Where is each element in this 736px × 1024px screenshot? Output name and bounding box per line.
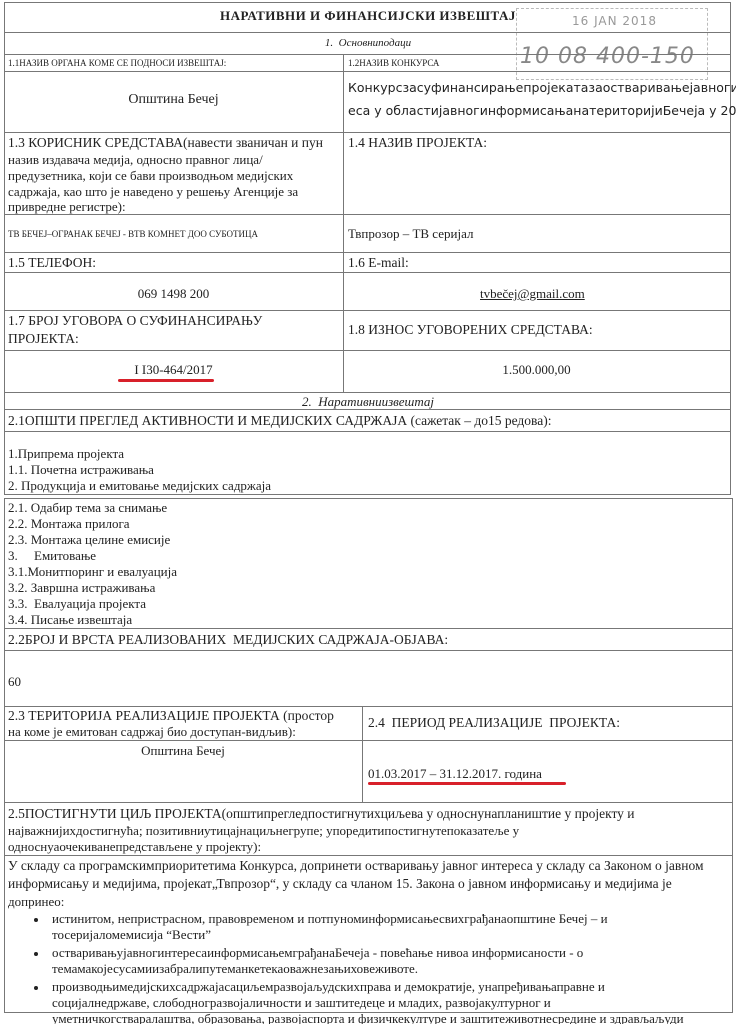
list-item: 3.3. Евалуација пројекта xyxy=(8,596,146,612)
field-1-1-label: 1.1НАЗИВ ОРГАНА КОМЕ СЕ ПОДНОСИ ИЗВЕШТАЈ… xyxy=(8,58,226,68)
list-item: 2. Продукција и емитовање медијских садр… xyxy=(8,478,271,494)
field-1-3-value: ТВ БЕЧЕЈ–ОГРАНАК БЕЧЕЈ - ВТВ КОМНЕТ ДОО … xyxy=(8,229,258,239)
bullet-text: уметничкогстваралаштва, образовања, разв… xyxy=(52,1011,684,1024)
red-underline-mark xyxy=(118,379,214,382)
section2-heading: 2. Наративниизвештај xyxy=(0,394,736,410)
divider xyxy=(4,498,733,499)
list-item: 3.4. Писање извештаја xyxy=(8,612,132,628)
divider xyxy=(4,392,731,393)
divider xyxy=(4,2,731,3)
field-1-3-label-line2: назив издавача медија, односно правног л… xyxy=(8,152,263,168)
divider xyxy=(4,350,731,351)
section2-title: Наративниизвештај xyxy=(318,394,434,409)
section1-number: 1. xyxy=(325,37,333,49)
divider xyxy=(4,740,733,741)
bullet-text: тосеријаломемисија “Вести” xyxy=(52,927,211,943)
field-1-3-label-line3: предузетника, који се бави производњом м… xyxy=(8,168,293,184)
list-item: 1.Припрема пројекта xyxy=(8,446,124,462)
divider xyxy=(4,132,731,133)
document-title: НАРАТИВНИ И ФИНАНСИЈСКИ ИЗВЕШТАЈ xyxy=(0,8,736,24)
field-1-4-label: 1.4 НАЗИВ ПРОЈЕКТА: xyxy=(348,135,487,151)
bullet-icon xyxy=(34,918,38,922)
field-2-2-label: 2.2БРОЈ И ВРСТА РЕАЛИЗОВАНИХ МЕДИЈСКИХ С… xyxy=(8,632,448,648)
field-2-3-value: Општина Бечеј xyxy=(4,743,362,759)
divider xyxy=(4,272,731,273)
field-1-7-label-line2: ПРОЈЕКТА: xyxy=(8,331,79,347)
field-1-7-value: I I30-464/2017 xyxy=(4,362,343,378)
field-1-6-label: 1.6 E-mail: xyxy=(348,255,409,271)
field-1-1-value: Општина Бечеј xyxy=(4,92,343,108)
divider xyxy=(362,706,363,802)
divider xyxy=(730,2,731,494)
bullet-text: производњимедијскихсадржајасациљемразвој… xyxy=(52,979,605,995)
divider xyxy=(4,802,733,803)
field-1-8-value: 1.500.000,00 xyxy=(343,362,730,378)
divider xyxy=(4,32,731,33)
divider xyxy=(732,498,733,1012)
field-2-3-label-line1: 2.3 ТЕРИТОРИЈА РЕАЛИЗАЦИЈЕ ПРОЈЕКТА (про… xyxy=(8,708,334,724)
field-2-5-intro-line3: допринео: xyxy=(8,894,64,910)
list-item: 3. Емитовање xyxy=(8,548,96,564)
section1-heading: 1. Основниподаци xyxy=(0,37,736,49)
field-2-3-label-line2: на коме је емитован садржај био доступан… xyxy=(8,724,296,740)
list-item: 1.1. Почетна истраживања xyxy=(8,462,154,478)
bullet-icon xyxy=(34,986,38,990)
bullet-text: темамакојесусамиизабралипутеманкетекаова… xyxy=(52,961,418,977)
field-1-7-label-line1: 1.7 БРОЈ УГОВОРА О СУФИНАНСИРАЊУ xyxy=(8,313,262,329)
list-item: 3.2. Завршна истраживања xyxy=(8,580,155,596)
divider xyxy=(4,650,733,651)
field-1-3-label-line5: привредне регистре): xyxy=(8,199,126,215)
divider xyxy=(4,2,5,494)
divider xyxy=(4,252,731,253)
divider xyxy=(4,855,733,856)
field-1-2-value-line1: Конкурсзасуфинансирањепројекатазаоствари… xyxy=(348,80,736,95)
field-2-4-label: 2.4 ПЕРИОД РЕАЛИЗАЦИЈЕ ПРОЈЕКТА: xyxy=(368,715,620,731)
divider xyxy=(4,310,731,311)
bullet-text: истинитом, непристрасном, правовременом … xyxy=(52,911,608,927)
field-2-2-value: 60 xyxy=(8,674,21,690)
field-2-1-label: 2.1ОПШТИ ПРЕГЛЕД АКТИВНОСТИ И МЕДИЈСКИХ … xyxy=(8,413,551,429)
list-item: 3.1.Монитпоринг и евалуација xyxy=(8,564,177,580)
field-1-8-label: 1.8 ИЗНОС УГОВОРЕНИХ СРЕДСТАВА: xyxy=(348,322,593,338)
field-2-5-intro-line1: У складу са програмскимприоритетима Конк… xyxy=(8,858,704,874)
bullet-text: социјалнедржаве, слободногразвојаличност… xyxy=(52,995,551,1011)
divider xyxy=(4,431,731,432)
field-1-6-value[interactable]: tvbečej@gmail.com xyxy=(480,286,585,302)
field-1-2-label: 1.2НАЗИВ КОНКУРСА xyxy=(348,58,439,68)
field-1-3-label-line1: 1.3 КОРИСНИК СРЕДСТАВА(навести званичан … xyxy=(8,135,323,151)
divider xyxy=(4,706,733,707)
field-1-2-value-line2: еса у областијавногинформисањанатеритори… xyxy=(348,103,736,118)
field-1-4-value: Твпрозор – ТВ серијал xyxy=(348,226,473,242)
list-item: 2.3. Монтажа целине емисије xyxy=(8,532,170,548)
field-1-5-value: 069 1498 200 xyxy=(4,286,343,302)
field-1-3-label-line4: садржаја, као што је наведено у решењу А… xyxy=(8,184,298,200)
field-2-5-label-line3: односнуаочекиванепредстављене у пројекту… xyxy=(8,839,261,855)
list-item: 2.2. Монтажа прилога xyxy=(8,516,130,532)
divider xyxy=(4,494,731,495)
bullet-icon xyxy=(34,952,38,956)
divider xyxy=(4,628,733,629)
divider xyxy=(4,54,731,55)
bullet-text: остваривањујавногинтересаинформисањемгра… xyxy=(52,945,583,961)
field-2-4-value: 01.03.2017 – 31.12.2017. година xyxy=(368,766,542,782)
field-2-5-label-line2: најважнијихдостигнућа; позитивниутицајна… xyxy=(8,823,519,839)
section2-number: 2. xyxy=(302,394,312,409)
field-1-5-label: 1.5 ТЕЛЕФОН: xyxy=(8,255,96,271)
field-2-5-intro-line2: информисању и медијима, пројекат„Твпрозо… xyxy=(8,876,672,892)
section1-title: Основниподаци xyxy=(339,37,411,49)
field-2-5-label-line1: 2.5ПОСТИГНУТИ ЦИЉ ПРОЈЕКТА(општипрегледп… xyxy=(8,806,635,822)
divider xyxy=(4,71,731,72)
list-item: 2.1. Одабир тема за снимање xyxy=(8,500,167,516)
divider xyxy=(343,54,344,392)
red-underline-mark xyxy=(368,782,566,785)
